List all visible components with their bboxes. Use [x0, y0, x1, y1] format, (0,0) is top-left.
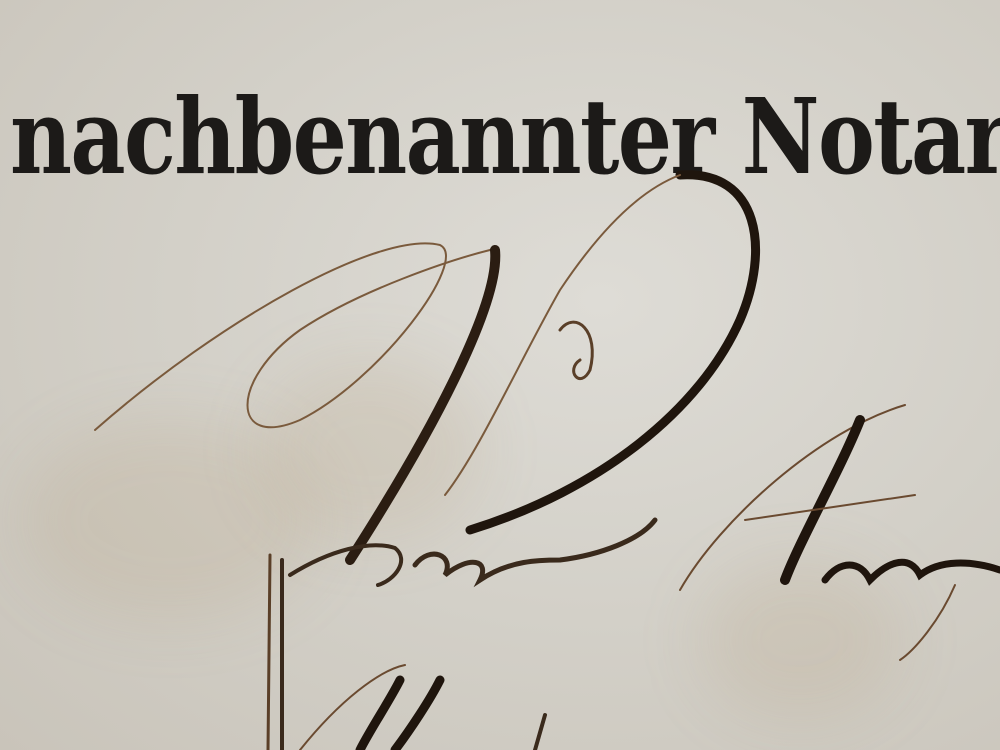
handwriting-strokes: [0, 0, 1000, 750]
v-main-stroke: [350, 250, 495, 560]
flourish-stroke: [95, 243, 490, 430]
d-main-stroke: [470, 175, 756, 530]
d-hairline: [445, 175, 680, 495]
